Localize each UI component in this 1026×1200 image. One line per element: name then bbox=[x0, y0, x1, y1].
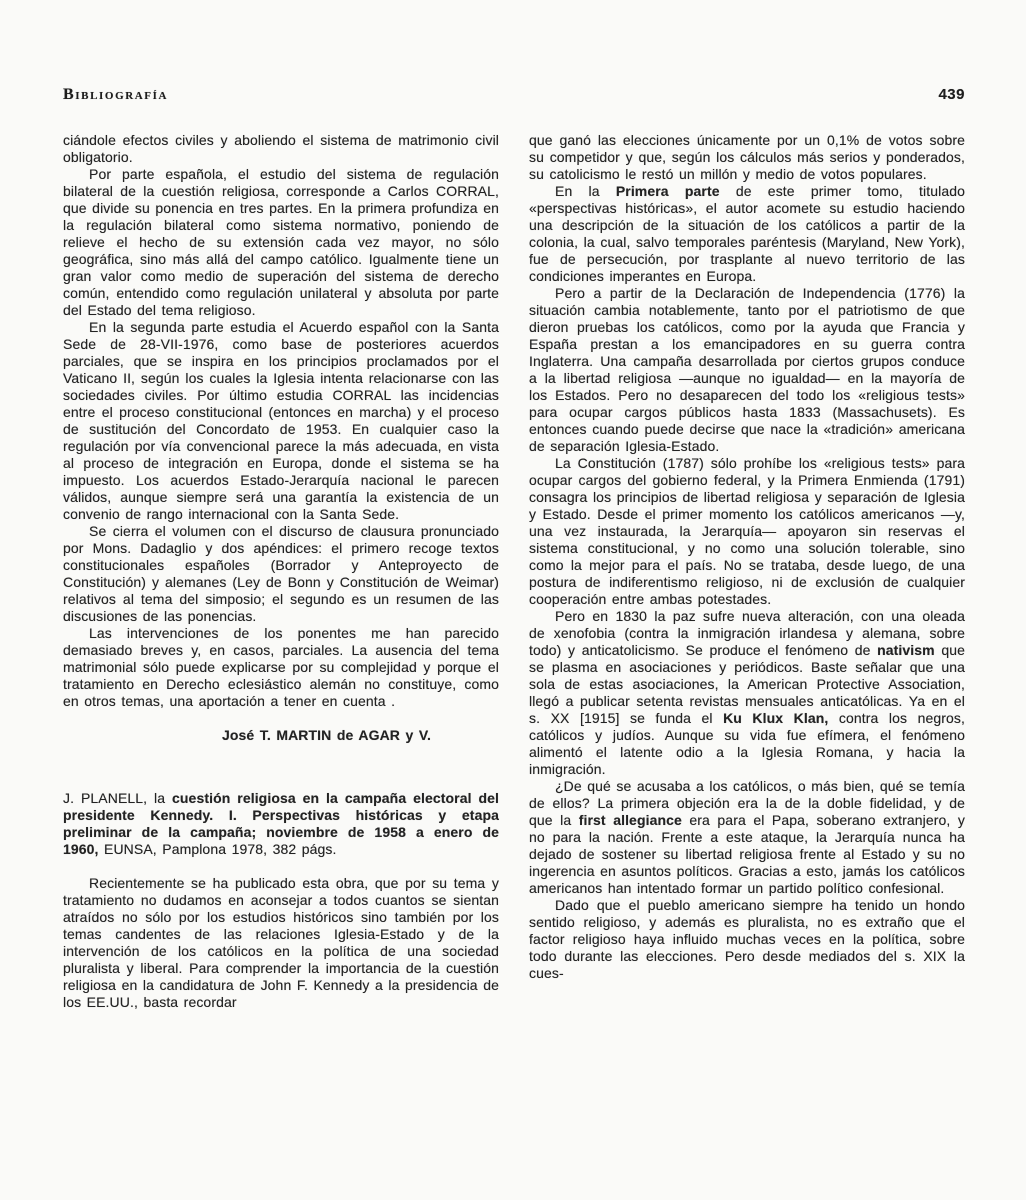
body-paragraph: ciándole efectos civiles y aboliendo el … bbox=[63, 132, 499, 166]
running-title: Bibliografía bbox=[63, 86, 168, 104]
left-column: ciándole efectos civiles y aboliendo el … bbox=[63, 132, 499, 1011]
page-header: Bibliografía 439 bbox=[63, 86, 965, 104]
text-segment: Se cierra el volumen con el discurso de … bbox=[63, 523, 499, 624]
body-paragraph: Se cierra el volumen con el discurso de … bbox=[63, 523, 499, 625]
body-paragraph: Las intervenciones de los ponentes me ha… bbox=[63, 625, 499, 710]
text-segment: que ganó las elecciones únicamente por u… bbox=[529, 132, 965, 182]
text-segment: En la bbox=[555, 183, 616, 199]
text-segment: En la segunda parte estudia el Acuerdo e… bbox=[63, 319, 499, 522]
text-segment: José T. MARTIN de AGAR y V. bbox=[222, 727, 431, 743]
body-paragraph: que ganó las elecciones únicamente por u… bbox=[529, 132, 965, 183]
body-paragraph: La Constitución (1787) sólo prohíbe los … bbox=[529, 455, 965, 608]
right-column: que ganó las elecciones únicamente por u… bbox=[529, 132, 965, 1011]
text-segment: Primera parte bbox=[616, 183, 720, 199]
text-segment: nativism bbox=[877, 642, 935, 658]
body-paragraph: Pero a partir de la Declaración de Indep… bbox=[529, 285, 965, 455]
body-paragraph: En la segunda parte estudia el Acuerdo e… bbox=[63, 319, 499, 523]
scanned-document-page: Bibliografía 439 ciándole efectos civile… bbox=[0, 0, 1026, 1200]
body-paragraph: ¿De qué se acusaba a los católicos, o má… bbox=[529, 778, 965, 897]
text-segment: ciándole efectos civiles y aboliendo el … bbox=[63, 132, 499, 165]
text-columns: ciándole efectos civiles y aboliendo el … bbox=[63, 132, 965, 1011]
text-segment: Pero a partir de la Declaración de Indep… bbox=[529, 285, 965, 454]
text-segment: Las intervenciones de los ponentes me ha… bbox=[63, 625, 499, 709]
page-number: 439 bbox=[938, 86, 965, 103]
body-paragraph: En la Primera parte de este primer tomo,… bbox=[529, 183, 965, 285]
body-paragraph: Recientemente se ha publicado esta obra,… bbox=[63, 875, 499, 1011]
body-paragraph: Pero en 1830 la paz sufre nueva alteraci… bbox=[529, 608, 965, 778]
body-paragraph: Por parte española, el estudio del siste… bbox=[63, 166, 499, 319]
text-segment: J. PLANELL, la bbox=[63, 790, 172, 806]
body-paragraph: Dado que el pueblo americano siempre ha … bbox=[529, 897, 965, 982]
text-segment: first allegiance bbox=[579, 812, 682, 828]
bibliographic-entry: J. PLANELL, la cuestión religiosa en la … bbox=[63, 790, 499, 858]
text-segment: Por parte española, el estudio del siste… bbox=[63, 166, 499, 318]
text-segment: Recientemente se ha publicado esta obra,… bbox=[63, 875, 499, 1010]
text-segment: EUNSA, Pamplona 1978, 382 págs. bbox=[99, 841, 337, 857]
text-segment: Ku Klux Klan, bbox=[723, 710, 828, 726]
review-signature: José T. MARTIN de AGAR y V. bbox=[63, 727, 499, 744]
text-segment: La Constitución (1787) sólo prohíbe los … bbox=[529, 455, 965, 607]
text-segment: Dado que el pueblo americano siempre ha … bbox=[529, 897, 965, 981]
